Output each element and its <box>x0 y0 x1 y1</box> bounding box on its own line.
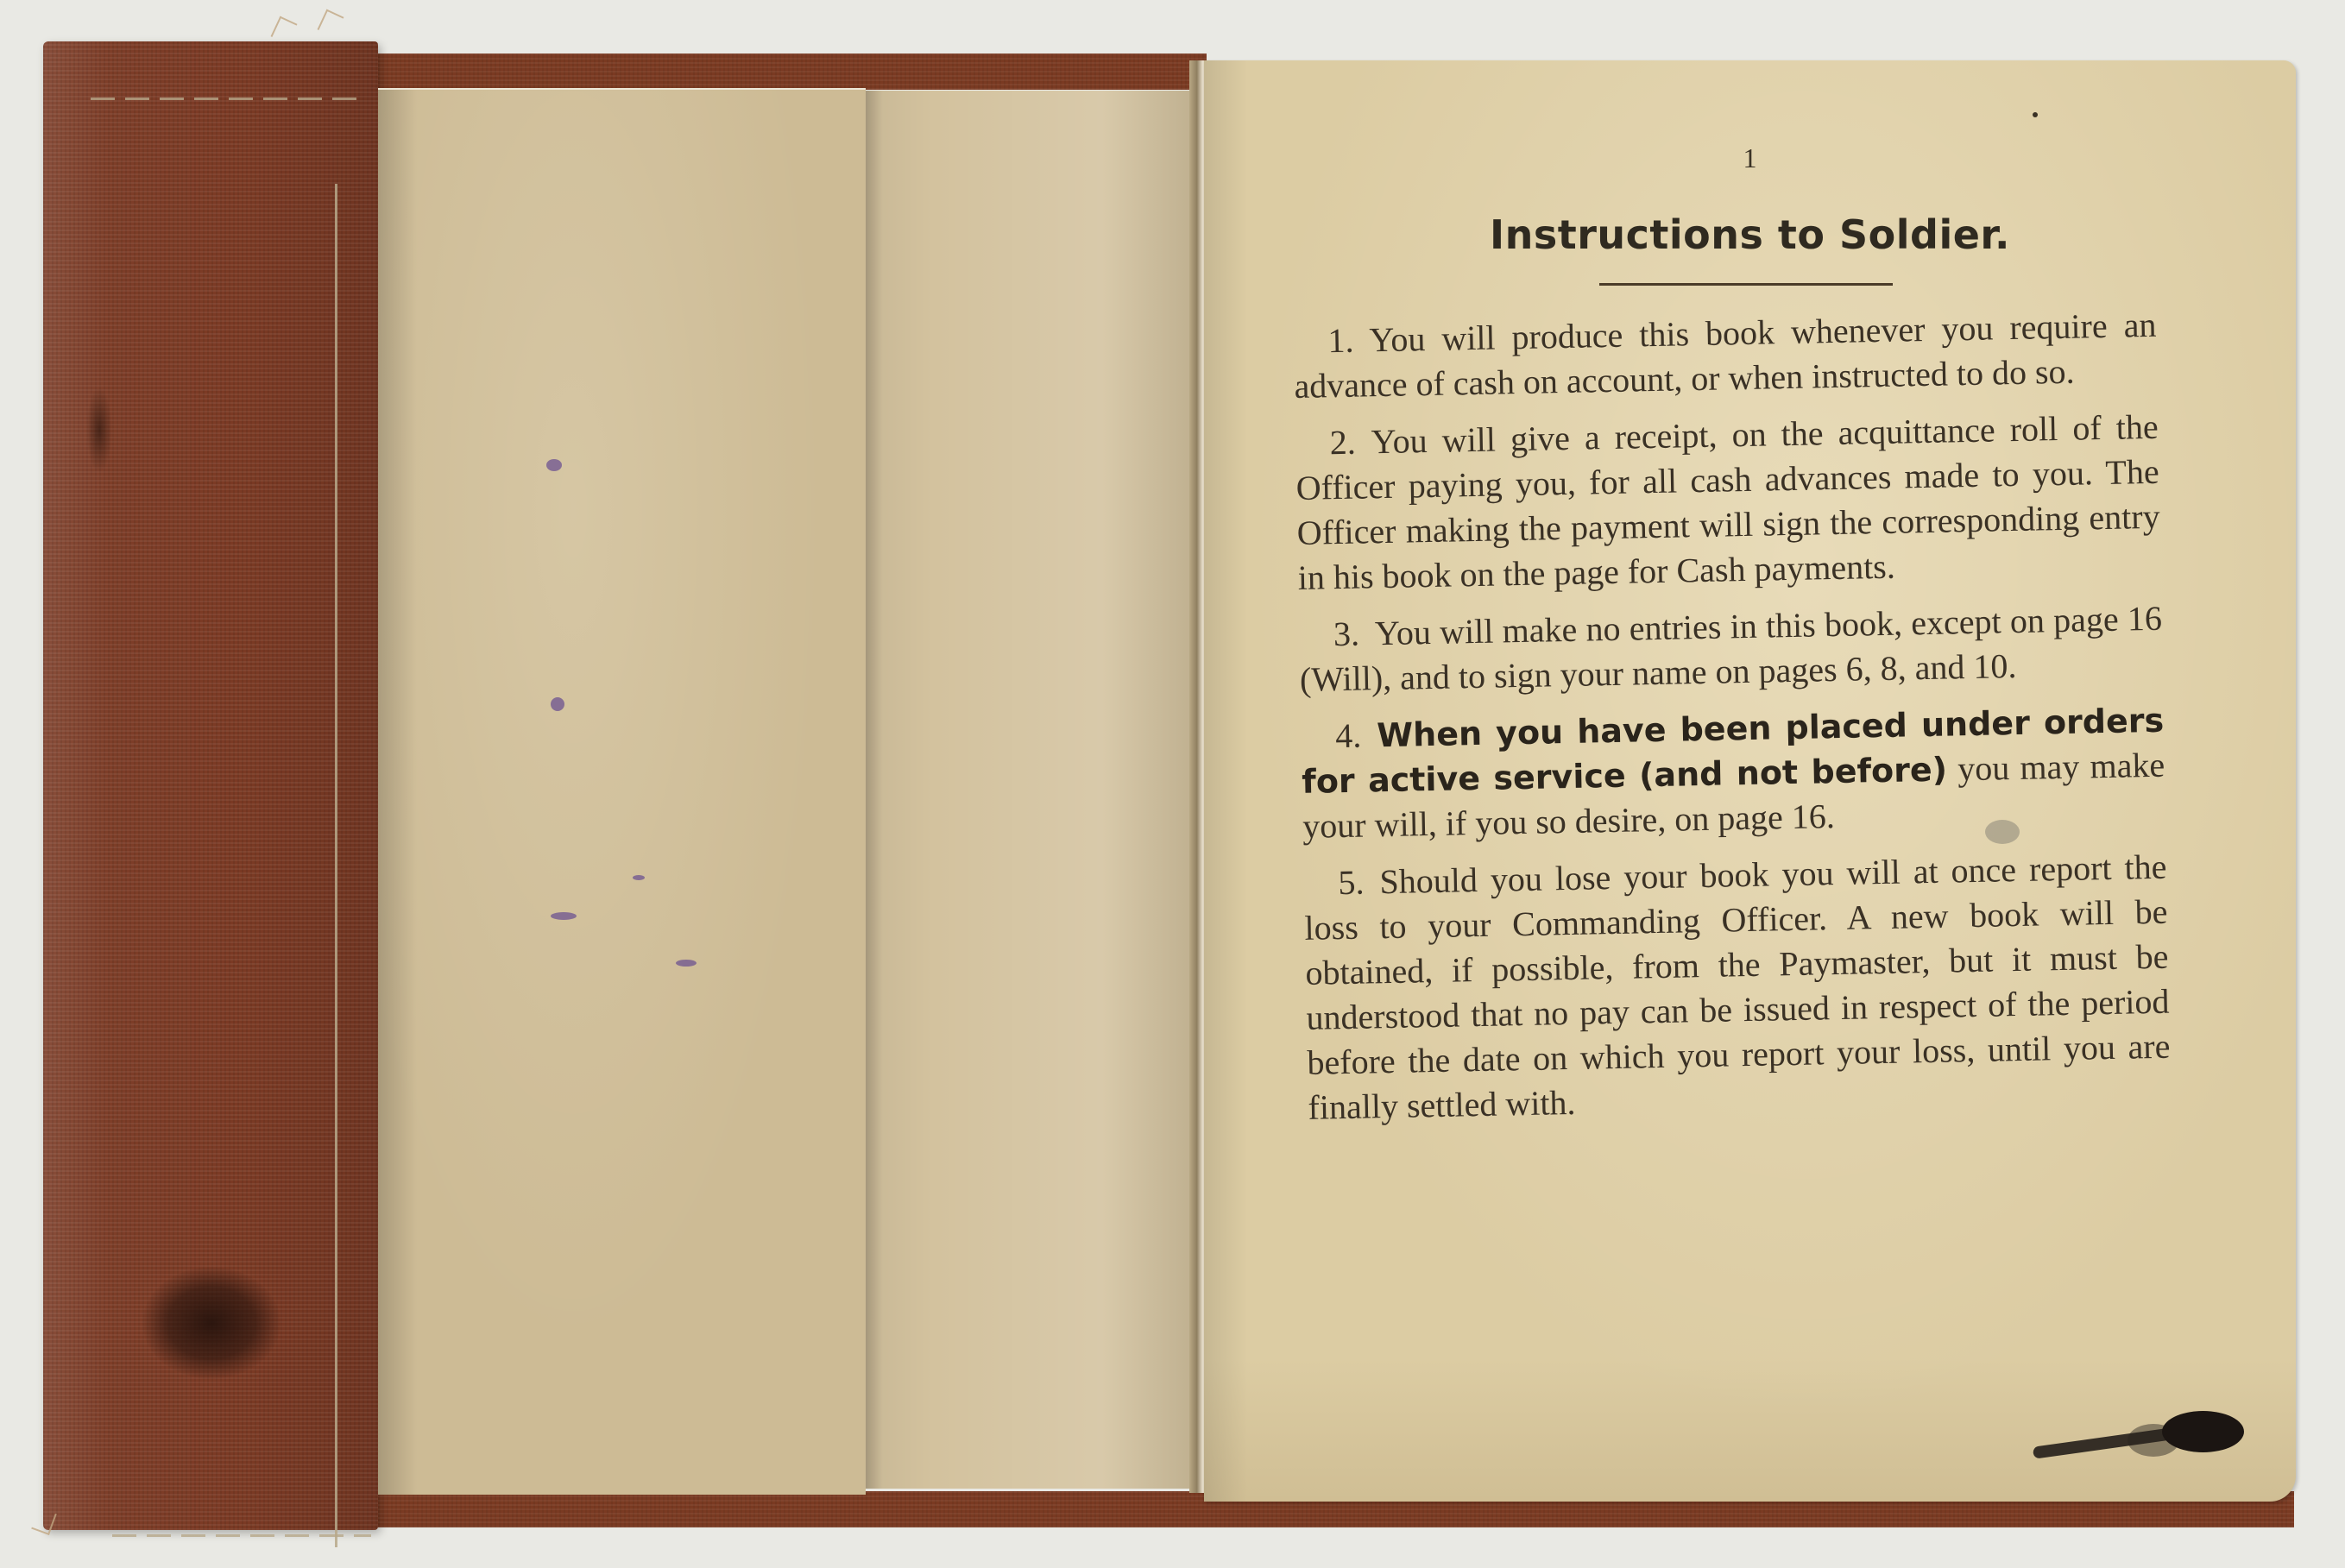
paragraph-text: Should you lose your book you will at on… <box>1304 847 2171 1127</box>
ink-blot <box>2033 1411 2274 1463</box>
printed-page: 1 Instructions to Soldier. 1.You will pr… <box>1204 60 2296 1502</box>
paragraph-number: 5. <box>1338 863 1365 903</box>
paragraph-text: You will produce this book whenever you … <box>1294 305 2157 406</box>
purple-ink-mark <box>633 875 645 880</box>
cover-top-edge <box>378 54 1207 90</box>
stitching-top <box>91 98 358 100</box>
paragraph-number: 1. <box>1327 321 1354 361</box>
paragraph-number: 4. <box>1335 716 1362 756</box>
instruction-paragraph: 2.You will give a receipt, on the acquit… <box>1295 405 2161 601</box>
title-divider <box>1599 283 1893 286</box>
frayed-thread-icon <box>318 9 344 38</box>
dot-mark <box>2033 112 2038 117</box>
purple-ink-mark <box>676 960 697 967</box>
stitching-bottom <box>112 1534 371 1537</box>
purple-ink-mark <box>551 912 577 920</box>
instruction-paragraph: 1.You will produce this book whenever yo… <box>1293 303 2158 409</box>
instruction-paragraph: 4.When you have been placed under orders… <box>1301 698 2166 849</box>
frayed-thread-icon <box>271 16 298 45</box>
page-title: Instructions to Soldier. <box>1204 211 2296 258</box>
paragraph-text: You will give a receipt, on the acquitta… <box>1295 407 2160 597</box>
paragraph-text: You will make no entries in this book, e… <box>1300 599 2163 699</box>
instructions-body: 1.You will produce this book whenever yo… <box>1293 303 2172 1143</box>
instruction-paragraph: 3.You will make no entries in this book,… <box>1299 596 2164 702</box>
stitching-vertical <box>335 184 337 1547</box>
inside-cover-panel <box>378 88 866 1495</box>
instruction-paragraph: 5.Should you lose your book you will at … <box>1303 845 2172 1130</box>
smudge-mark <box>1985 820 2020 844</box>
purple-ink-mark <box>546 459 562 471</box>
purple-ink-mark <box>551 697 564 711</box>
wear-mark <box>86 387 112 473</box>
paragraph-number: 3. <box>1333 614 1360 654</box>
front-cover-flap <box>43 41 378 1530</box>
page-number: 1 <box>1204 142 2296 174</box>
ink-stain <box>142 1267 281 1379</box>
inside-cover-pocket <box>866 91 1202 1489</box>
paragraph-number: 2. <box>1329 423 1356 463</box>
